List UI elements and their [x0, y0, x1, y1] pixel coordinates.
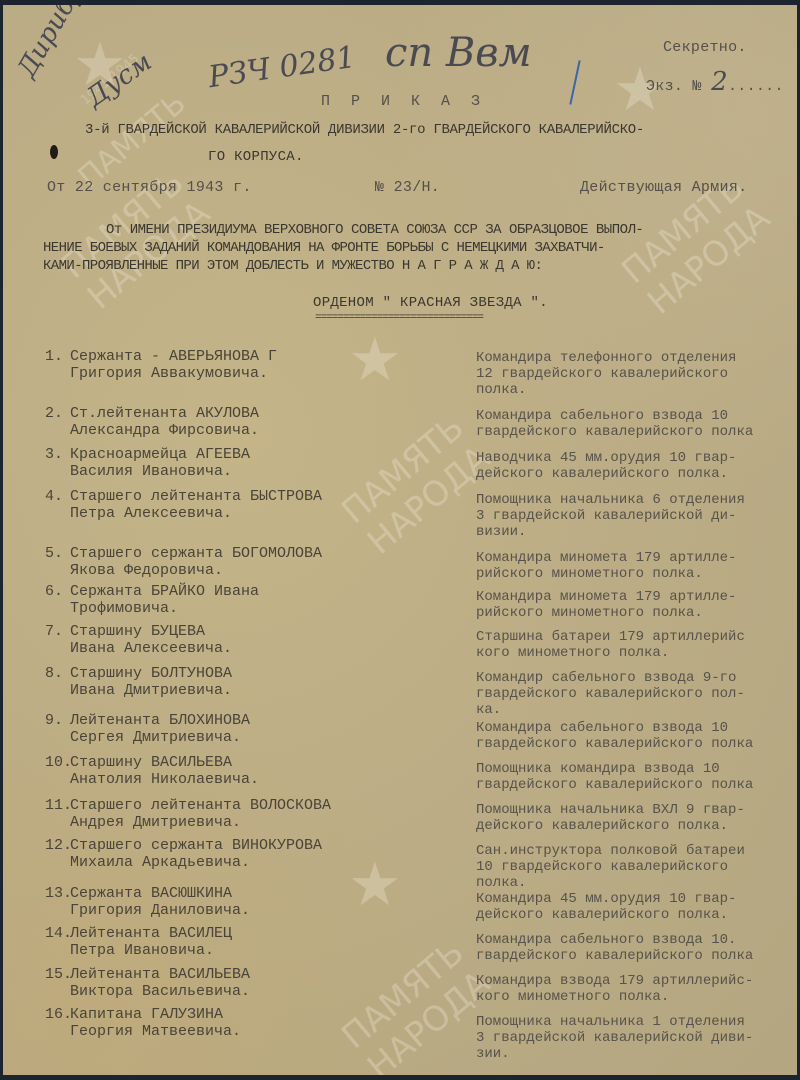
awardee-6-name: 6.Сержанта БРАЙКО ИванаТрофимовича.: [45, 583, 445, 617]
order-date: От 22 сентября 1943 г.: [47, 179, 252, 196]
preamble-line-2: НЕНИЕ БОЕВЫХ ЗАДАНИЙ КОМАНДОВАНИЯ НА ФРО…: [43, 240, 605, 256]
document-title: П Р И К А З: [321, 93, 486, 110]
awardee-10-position: Помощника командира взвода 10 гвардейско…: [476, 761, 797, 793]
awardee-14-position: Командира сабельного взвода 10. гвардейс…: [476, 932, 797, 964]
archive-code: РЗЧ 0281: [206, 40, 357, 95]
awardee-2-position: Командира сабельного взвода 10 гвардейск…: [476, 408, 797, 440]
awardee-16-name: 16.Капитана ГАЛУЗИНАГеоргия Матвеевича.: [45, 1006, 445, 1040]
blue-pencil-mark: [569, 60, 580, 104]
awardee-1-position: Командира телефонного отделения 12 гвард…: [476, 350, 797, 398]
preamble-line-3: КАМИ-ПРОЯВЛЕННЫЕ ПРИ ЭТОМ ДОБЛЕСТЬ И МУЖ…: [43, 258, 542, 274]
awardee-3-position: Наводчика 45 мм.орудия 10 гвар- дейского…: [476, 450, 797, 482]
awardee-5-position: Командира миномета 179 артилле- рийского…: [476, 550, 797, 582]
copy-number: Экз. № 2......: [646, 67, 784, 97]
awardee-15-position: Командира взвода 179 артиллерийс- кого м…: [476, 973, 797, 1005]
awardee-1-name: 1.Сержанта - АВЕРЬЯНОВА ГГригория Авваку…: [45, 348, 445, 382]
awardee-13-name: 13.Сержанта ВАСЮШКИНАГригория Даниловича…: [45, 885, 445, 919]
secrecy-label: Секретно.: [663, 39, 747, 56]
handwritten-note-left-2: Дусм: [81, 47, 157, 113]
awardee-5-name: 5.Старшего сержанта БОГОМОЛОВАЯкова Федо…: [45, 545, 445, 579]
awardee-8-name: 8.Старшину БОЛТУНОВАИвана Дмитриевича.: [45, 665, 445, 699]
awardee-9-name: 9.Лейтенанта БЛОХИНОВАСергея Дмитриевича…: [45, 712, 445, 746]
awardee-3-name: 3.Красноармейца АГЕЕВАВасилия Ивановича.: [45, 446, 445, 480]
awardee-12-name: 12.Старшего сержанта ВИНОКУРОВАМихаила А…: [45, 837, 445, 871]
subtitle-line-1: 3-й ГВАРДЕЙСКОЙ КАВАЛЕРИЙСКОЙ ДИВИЗИИ 2-…: [85, 122, 644, 138]
awardee-4-name: 4.Старшего лейтенанта БЫСТРОВАПетра Алек…: [45, 488, 445, 522]
handwritten-note-left: Дирибу: [12, 5, 89, 83]
awardee-12-position: Сан.инструктора полковой батареи 10 гвар…: [476, 843, 797, 891]
award-name: ОРДЕНОМ " КРАСНАЯ ЗВЕЗДА ".: [313, 295, 548, 311]
awardee-7-name: 7.Старшину БУЦЕВАИвана Алексеевича.: [45, 623, 445, 657]
order-location: Действующая Армия.: [580, 179, 747, 196]
awardee-10-name: 10.Старшину ВАСИЛЬЕВААнатолия Николаевич…: [45, 754, 445, 788]
awardee-16-position: Помощника начальника 1 отделения 3 гвард…: [476, 1014, 797, 1062]
awardee-9-position: Командира сабельного взвода 10 гвардейск…: [476, 720, 797, 752]
awardee-4-position: Помощника начальника 6 отделения 3 гвард…: [476, 492, 797, 540]
awardee-14-name: 14.Лейтенанта ВАСИЛЕЦПетра Ивановича.: [45, 925, 445, 959]
awardee-11-name: 11.Старшего лейтенанта ВОЛОСКОВААндрея Д…: [45, 797, 445, 831]
awardee-15-name: 15.Лейтенанта ВАСИЛЬЕВАВиктора Васильеви…: [45, 966, 445, 1000]
subtitle-line-2: ГО КОРПУСА.: [208, 149, 304, 165]
awardee-7-position: Старшина батареи 179 артиллерийс кого ми…: [476, 629, 797, 661]
order-number: № 23/Н.: [375, 179, 440, 196]
awardee-13-position: Командира 45 мм.орудия 10 гвар- дейского…: [476, 891, 797, 923]
awardee-11-position: Помощника начальника ВХЛ 9 гвар- дейског…: [476, 802, 797, 834]
awardee-8-position: Командир сабельного взвода 9-го гвардейс…: [476, 670, 797, 718]
preamble-line-1: От ИМЕНИ ПРЕЗИДИУМА ВЕРХОВНОГО СОВЕТА СО…: [106, 222, 643, 238]
signature: сп Ввм: [385, 30, 532, 76]
award-underline: ==============================: [315, 312, 483, 324]
awardee-2-name: 2.Ст.лейтенанта АКУЛОВААлександра Фирсов…: [45, 405, 445, 439]
document-page: ★ 1941-1945 ПАМЯТЬ ★ ★ ★ ПАМЯТЬ НАРОДА П…: [3, 5, 797, 1075]
awardee-6-position: Командира миномета 179 артилле- рийского…: [476, 589, 797, 621]
punch-hole: [50, 145, 58, 159]
